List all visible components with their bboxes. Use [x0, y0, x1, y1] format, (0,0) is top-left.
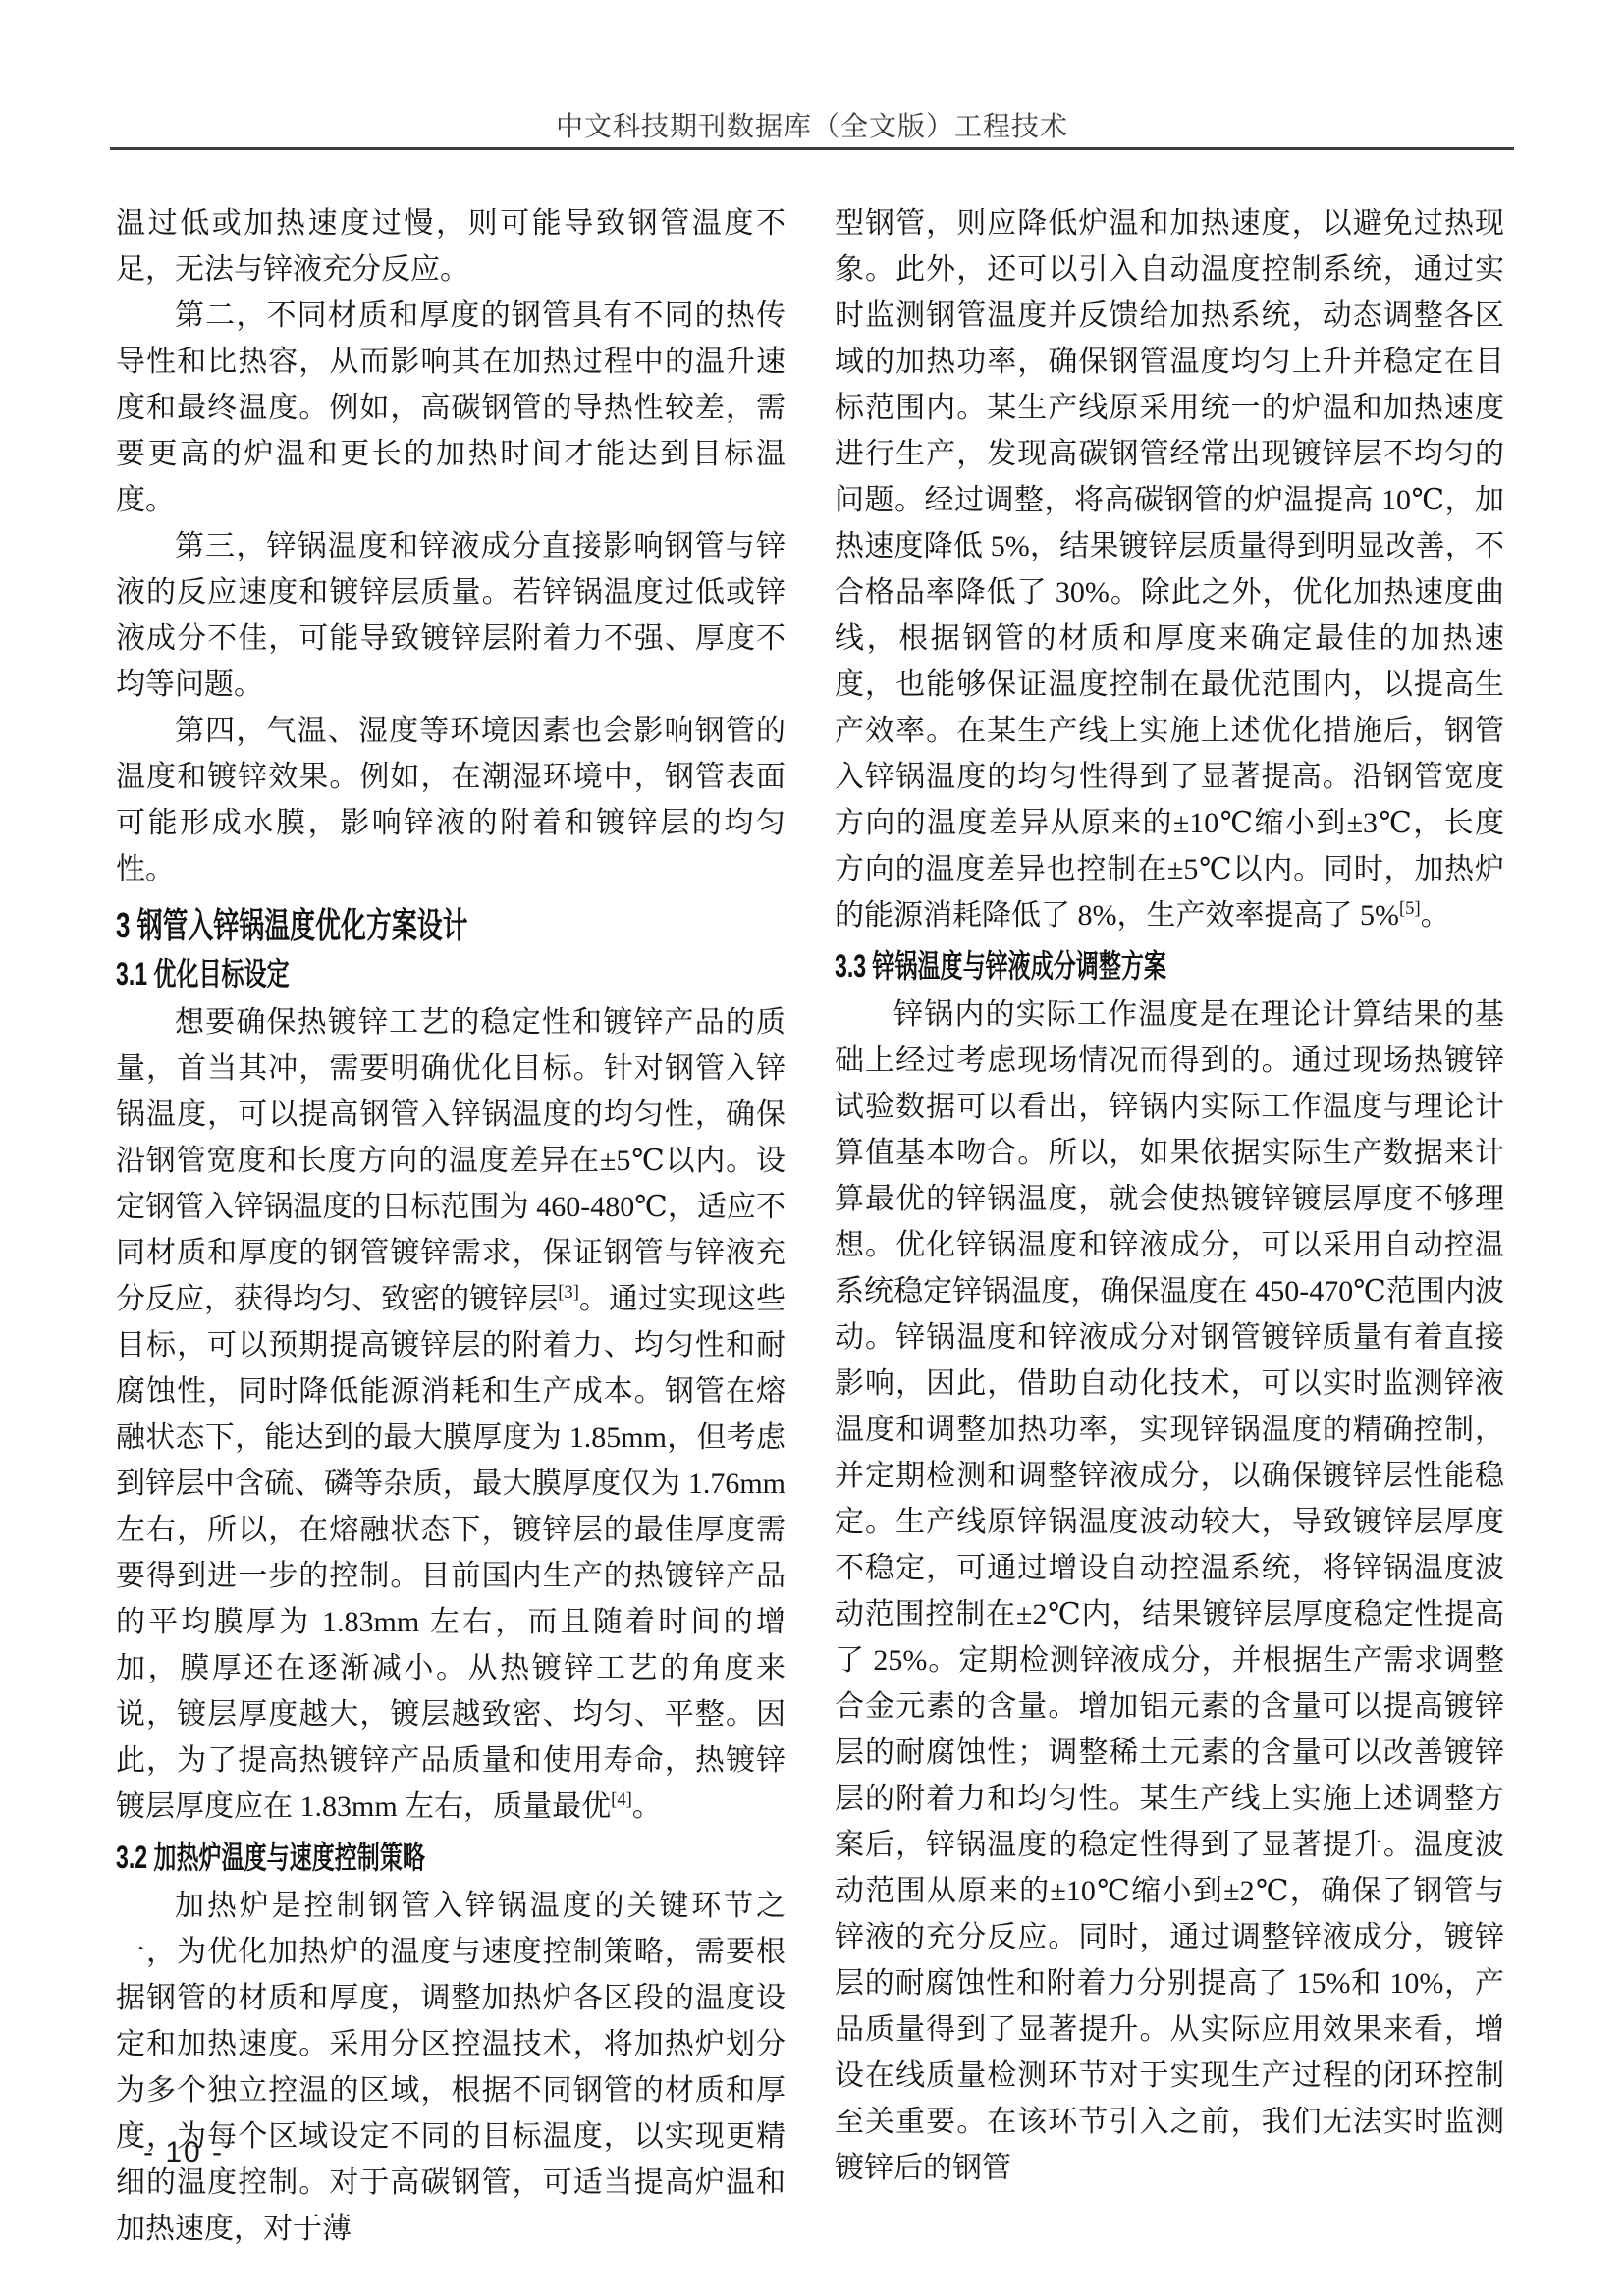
- section-heading: 3.3 锌锅温度与锌液成分调整方案: [835, 947, 1317, 985]
- text-column-right: 型钢管，则应降低炉温和加热速度，以避免过热现象。此外，还可以引入自动温度控制系统…: [835, 200, 1504, 2191]
- journal-header-title: 中文科技期刊数据库（全文版）工程技术: [0, 112, 1624, 143]
- paragraph: 第四，气温、湿度等环境因素也会影响钢管的温度和镀锌效果。例如，在潮湿环境中，钢管…: [116, 708, 785, 892]
- page-number: - 10 -: [143, 2136, 224, 2169]
- section-heading: 3.1 优化目标设定: [116, 955, 598, 992]
- paragraph: 锌锅内的实际工作温度是在理论计算结果的基础上经过考虑现场情况而得到的。通过现场热…: [835, 991, 1504, 2191]
- text-column-left: 温过低或加热速度过慢，则可能导致钢管温度不足，无法与锌液充分反应。第二，不同材质…: [116, 200, 785, 2252]
- section-heading: 3 钢管入锌锅温度优化方案设计: [116, 905, 598, 946]
- document-page: 中文科技期刊数据库（全文版）工程技术 温过低或加热速度过慢，则可能导致钢管温度不…: [0, 0, 1624, 2296]
- paragraph: 第二，不同材质和厚度的钢管具有不同的热传导性和比热容，从而影响其在加热过程中的温…: [116, 293, 785, 523]
- paragraph: 加热炉是控制钢管入锌锅温度的关键环节之一，为优化加热炉的温度与速度控制策略，需要…: [116, 1883, 785, 2252]
- reference-marker: [5]: [1399, 898, 1421, 919]
- paragraph: 想要确保热镀锌工艺的稳定性和镀锌产品的质量，首当其冲，需要明确优化目标。针对钢管…: [116, 999, 785, 1830]
- paragraph: 第三，锌锅温度和锌液成分直接影响钢管与锌液的反应速度和镀锌层质量。若锌锅温度过低…: [116, 523, 785, 708]
- paragraph: 型钢管，则应降低炉温和加热速度，以避免过热现象。此外，还可以引入自动温度控制系统…: [835, 200, 1504, 938]
- reference-marker: [3]: [558, 1282, 579, 1303]
- reference-marker: [4]: [611, 1789, 632, 1810]
- paragraph: 温过低或加热速度过慢，则可能导致钢管温度不足，无法与锌液充分反应。: [116, 200, 785, 293]
- header-rule-divider: [110, 147, 1514, 150]
- section-heading: 3.2 加热炉温度与速度控制策略: [116, 1839, 598, 1876]
